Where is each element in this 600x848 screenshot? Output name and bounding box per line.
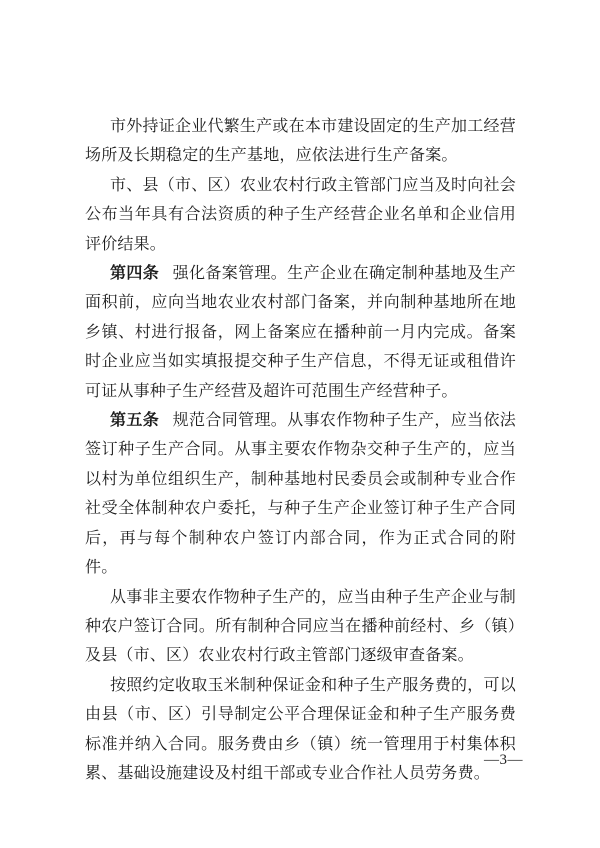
paragraph-text: 市、县（市、区）农业农村行政主管部门应当及时向社会公布当年具有合法资质的种子生产… — [85, 177, 516, 253]
article-number: 第四条 — [110, 265, 159, 282]
paragraph: 市外持证企业代繁生产或在本市建设固定的生产加工经营场所及长期稳定的生产基地，应依… — [85, 112, 516, 171]
scanned-document-page: { "document": { "paragraphs": [ { "head"… — [0, 0, 600, 848]
paragraph-text: 强化备案管理。生产企业在确定制种基地及生产面积前，应向当地农业农村部门备案，并向… — [85, 265, 516, 400]
paragraph-text: 按照约定收取玉米制种保证金和种子生产服务费的，可以由县（市、区）引导制定公平合理… — [85, 677, 516, 782]
paragraph-text: 从事非主要农作物种子生产的，应当由种子生产企业与制种农户签订合同。所有制种合同应… — [85, 589, 516, 665]
paragraph-article-5: 第五条规范合同管理。从事农作物种子生产，应当依法签订种子生产合同。从事主要农作物… — [85, 406, 516, 582]
article-number: 第五条 — [110, 412, 159, 429]
page-number: —3— — [484, 752, 523, 769]
paragraph-text: 规范合同管理。从事农作物种子生产，应当依法签订种子生产合同。从事主要农作物杂交种… — [85, 412, 516, 576]
paragraph-article-4: 第四条强化备案管理。生产企业在确定制种基地及生产面积前，应向当地农业农村部门备案… — [85, 259, 516, 406]
paragraph-text: 市外持证企业代繁生产或在本市建设固定的生产加工经营场所及长期稳定的生产基地，应依… — [85, 118, 516, 164]
paragraph: 从事非主要农作物种子生产的，应当由种子生产企业与制种农户签订合同。所有制种合同应… — [85, 583, 516, 671]
paragraph: 按照约定收取玉米制种保证金和种子生产服务费的，可以由县（市、区）引导制定公平合理… — [85, 671, 516, 789]
document-body: 市外持证企业代繁生产或在本市建设固定的生产加工经营场所及长期稳定的生产基地，应依… — [85, 112, 516, 788]
paragraph: 市、县（市、区）农业农村行政主管部门应当及时向社会公布当年具有合法资质的种子生产… — [85, 171, 516, 259]
